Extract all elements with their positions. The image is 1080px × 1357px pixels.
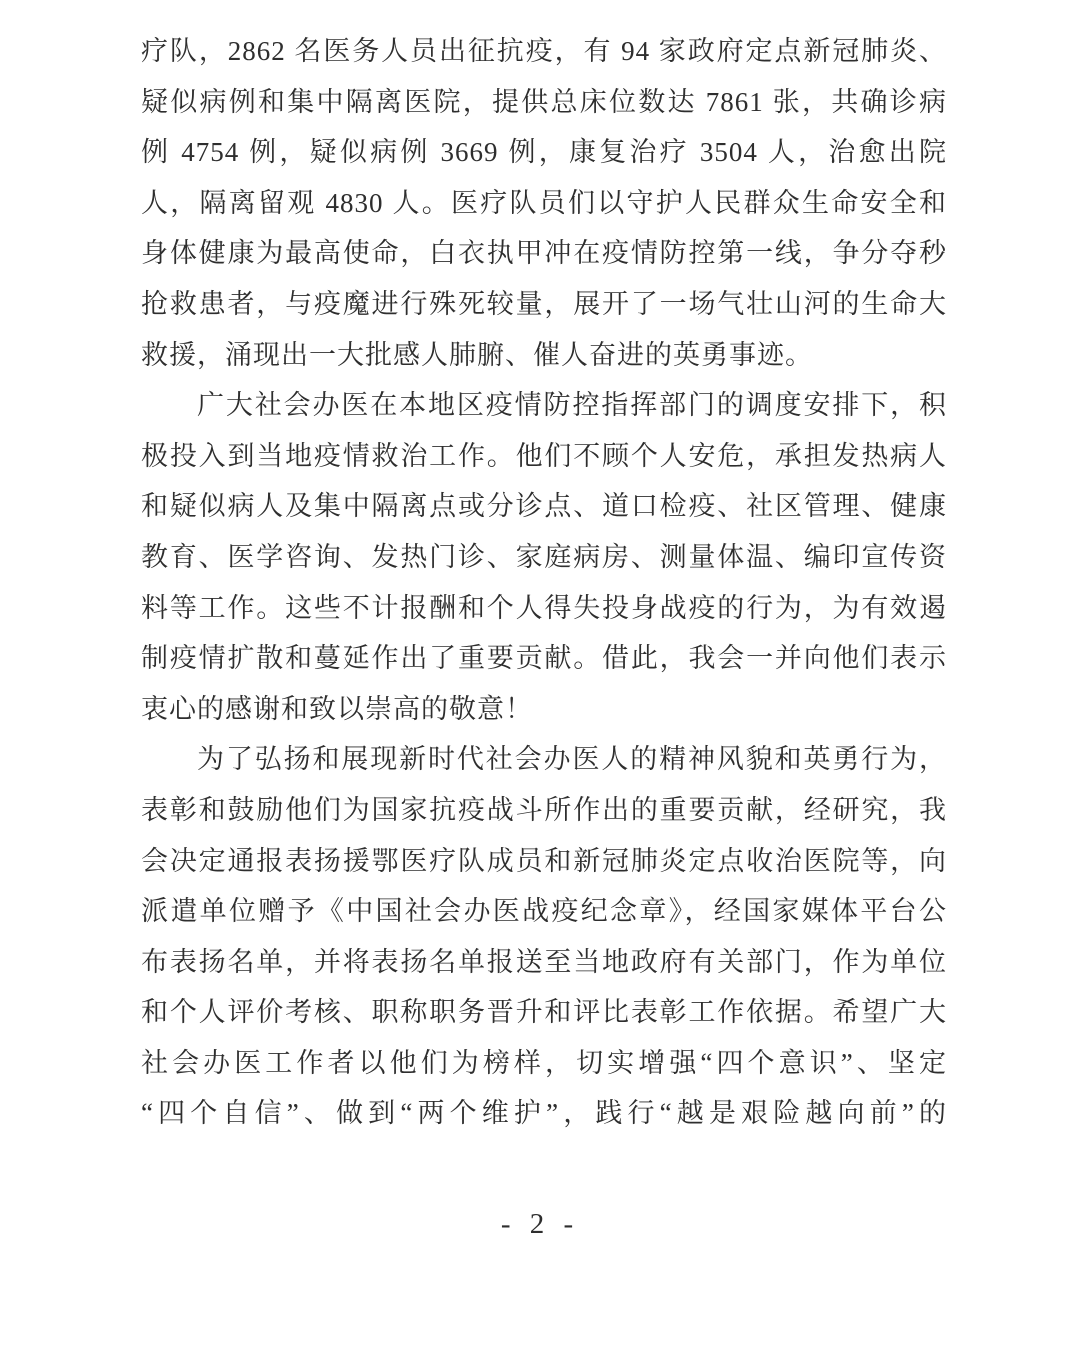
text-line: 例 4754 例，疑似病例 3669 例，康复治疗 3504 人，治愈出院 43… [141, 127, 947, 178]
text-line: 和个人评价考核、职称职务晋升和评比表彰工作依据。希望广大 [141, 987, 947, 1038]
text-line: 衷心的感谢和致以崇高的敬意！ [141, 684, 947, 735]
text-line: 身体健康为最高使命，白衣执甲冲在疫情防控第一线，争分夺秒 [141, 228, 947, 279]
text-line: 表彰和鼓励他们为国家抗疫战斗所作出的重要贡献，经研究，我 [141, 785, 947, 836]
text-line: “四个自信”、做到“两个维护”，践行“越是艰险越向前”的 [141, 1088, 947, 1139]
text-line: 广大社会办医在本地区疫情防控指挥部门的调度安排下，积 [141, 380, 947, 431]
paragraph: 广大社会办医在本地区疫情防控指挥部门的调度安排下，积极投入到当地疫情救治工作。他… [141, 380, 947, 734]
document-page: 疗队，2862 名医务人员出征抗疫，有 94 家政府定点新冠肺炎、疑似病例和集中… [0, 0, 1080, 1357]
text-line: 为了弘扬和展现新时代社会办医人的精神风貌和英勇行为， [141, 734, 947, 785]
paragraph: 疗队，2862 名医务人员出征抗疫，有 94 家政府定点新冠肺炎、疑似病例和集中… [141, 26, 947, 380]
text-line: 疗队，2862 名医务人员出征抗疫，有 94 家政府定点新冠肺炎、 [141, 26, 947, 77]
document-body: 疗队，2862 名医务人员出征抗疫，有 94 家政府定点新冠肺炎、疑似病例和集中… [141, 26, 947, 1139]
text-line: 疑似病例和集中隔离医院，提供总床位数达 7861 张，共确诊病 [141, 77, 947, 128]
text-line: 人，隔离留观 4830 人。医疗队员们以守护人民群众生命安全和 [141, 178, 947, 229]
text-line: 布表扬名单，并将表扬名单报送至当地政府有关部门，作为单位 [141, 937, 947, 988]
text-line: 教育、医学咨询、发热门诊、家庭病房、测量体温、编印宣传资 [141, 532, 947, 583]
text-line: 派遣单位赠予《中国社会办医战疫纪念章》，经国家媒体平台公 [141, 886, 947, 937]
paragraph: 为了弘扬和展现新时代社会办医人的精神风貌和英勇行为，表彰和鼓励他们为国家抗疫战斗… [141, 734, 947, 1139]
text-line: 抢救患者，与疫魔进行殊死较量，展开了一场气壮山河的生命大 [141, 279, 947, 330]
text-line: 救援，涌现出一大批感人肺腑、催人奋进的英勇事迹。 [141, 330, 947, 381]
text-line: 料等工作。这些不计报酬和个人得失投身战疫的行为，为有效遏 [141, 583, 947, 634]
text-line: 制疫情扩散和蔓延作出了重要贡献。借此，我会一并向他们表示 [141, 633, 947, 684]
page-number: - 2 - [0, 1206, 1080, 1242]
text-line: 和疑似病人及集中隔离点或分诊点、道口检疫、社区管理、健康 [141, 481, 947, 532]
text-line: 社会办医工作者以他们为榜样，切实增强“四个意识”、坚定 [141, 1038, 947, 1089]
text-line: 极投入到当地疫情救治工作。他们不顾个人安危，承担发热病人 [141, 431, 947, 482]
text-line: 会决定通报表扬援鄂医疗队成员和新冠肺炎定点收治医院等，向 [141, 836, 947, 887]
